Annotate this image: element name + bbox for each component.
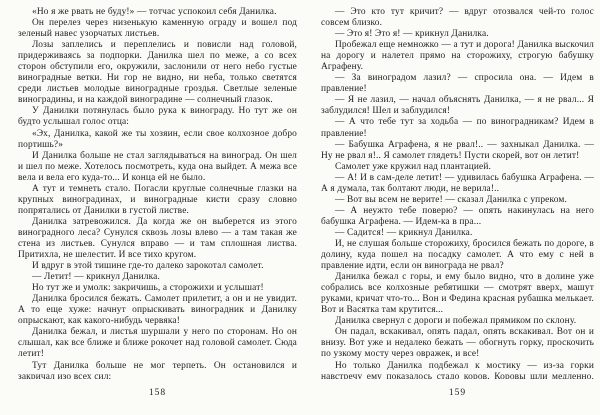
page-number-left: 158 [18,388,297,398]
paragraph: Данилка бежал с горы, и ему было видно, … [321,272,594,316]
page-left-text: «Но я же рвать не буду!» — тотчас успоко… [18,7,297,379]
paragraph: Но только Данилка подбежал к мостику — и… [321,361,594,380]
paragraph: У Данилки потянулась было рука к виногра… [18,106,297,128]
paragraph: — Бабушка Аграфена, я не рвал!.. — захны… [321,140,594,162]
paragraph: Он перелез через низенькую каменную огра… [18,18,297,40]
paragraph: Данилка бежал, и листья шуршали у него п… [18,327,297,360]
paragraph: — Вот вы всем не верите! — сказал Данилк… [321,195,594,206]
paragraph: — Я не лазил, — начал объяснять Данилка,… [321,95,594,117]
paragraph: Данилка затревожился. Да когда же он выб… [18,217,297,261]
paragraph: И, не слушая больше сторожиху, бросился … [321,239,594,272]
paragraph: Самолет уже кружил над плантацией. [321,162,594,173]
paragraph: Данилка свернул с дороги и побежал прями… [321,316,594,327]
page-right: — Это кто тут кричит? — вдруг отозвался … [321,7,594,407]
paragraph: Но тут же и умолк: закричишь, а сторожих… [18,283,297,294]
paragraph: — Это я! Это я! — крикнул Данилка. [321,29,594,40]
paragraph: Он падал, вскакивал, опять падал, опять … [321,327,594,360]
paragraph: А тут и темнеть стало. Погасли круглые с… [18,184,297,217]
paragraph: И вдруг в этой тишине где-то далеко заро… [18,261,297,272]
paragraph: — А неужто тебе поверю? — опять накинула… [321,206,594,228]
paragraph: — А! И в сам-деле летит! — удивилась баб… [321,173,594,195]
paragraph: Пробежал еще немножко — а тут и дорога! … [321,40,594,73]
page-right-text: — Это кто тут кричит? — вдруг отозвался … [321,7,594,379]
paragraph: Лозы заплелись и переплелись и повисли н… [18,40,297,106]
paragraph: Тут Данилка больше не мог терпеть. Он ос… [18,361,297,380]
page-left: «Но я же рвать не буду!» — тотчас успоко… [18,7,297,407]
page-number-right: 159 [321,388,594,398]
paragraph: «Эх, Данилка, какой же ты хозяин, если с… [18,129,297,151]
paragraph: — Летит! — крикнул Данилка. [18,272,297,283]
paragraph: «Но я же рвать не буду!» — тотчас успоко… [18,7,297,18]
paragraph: — Садится! — крикнул Данилка. [321,228,594,239]
paragraph: Данилка бросился бежать. Самолет прилети… [18,294,297,327]
paragraph: — А что тебе тут за ходьба — по виноград… [321,117,594,139]
paragraph: — За виноградом лазил? — спросила она. —… [321,73,594,95]
paragraph: — Это кто тут кричит? — вдруг отозвался … [321,7,594,29]
book-spread: «Но я же рвать не буду!» — тотчас успоко… [0,0,600,415]
paragraph: И Данилка больше не стал заглядываться н… [18,151,297,184]
